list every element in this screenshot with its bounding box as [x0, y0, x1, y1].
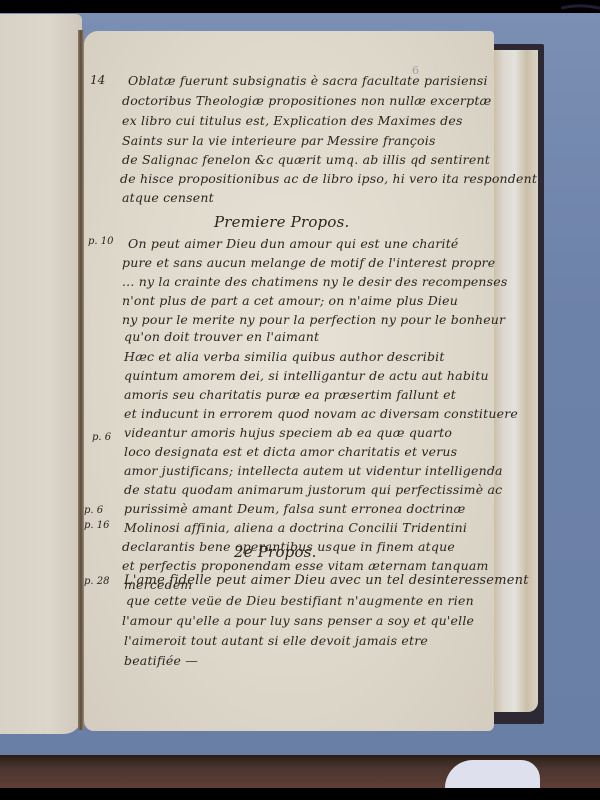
page-number: 14 — [90, 73, 105, 87]
text-line: On peut aimer Dieu dun amour qui est une… — [128, 236, 459, 251]
text-line: Oblatæ fuerunt subsignatis è sacra facul… — [128, 73, 488, 88]
text-line: que cette veüe de Dieu bestifiant n'augm… — [126, 593, 474, 608]
text-line: Saints sur la vie interieure par Messire… — [122, 133, 436, 148]
text-line: atque censent — [122, 190, 214, 205]
white-cloth — [445, 760, 540, 788]
text-line: l'amour qu'elle a pour luy sans penser a… — [122, 613, 474, 628]
photo-border-top — [0, 0, 600, 13]
text-line: ... ny la crainte des chatimens ny le de… — [122, 274, 508, 289]
text-line: L'ame fidelle peut aimer Dieu avec un te… — [124, 573, 529, 588]
text-line: n'ont plus de part a cet amour; on n'aim… — [122, 293, 458, 308]
text-line: beatifiée — — [124, 653, 198, 668]
text-line: ex libro cui titulus est, Explication de… — [122, 113, 463, 128]
margin-reference: p. 28 — [84, 576, 109, 587]
text-line: Molinosi affinia, aliena a doctrina Conc… — [124, 520, 467, 535]
text-line: qu'on doit trouver en l'aimant — [124, 329, 319, 344]
margin-reference: p. 10 — [88, 236, 113, 247]
margin-reference: p. 16 — [84, 520, 109, 531]
text-line: Hæc et alia verba similia quibus author … — [124, 349, 445, 364]
photo-border-bottom — [0, 788, 600, 800]
text-line: de Salignac fenelon &c quærit umq. ab il… — [122, 152, 490, 167]
text-line: amor justificans; intellecta autem ut vi… — [124, 463, 503, 478]
text-line: pure et sans aucun melange de motif de l… — [122, 255, 495, 270]
text-line: l'aimeroit tout autant si elle devoit ja… — [124, 633, 428, 648]
section-heading: 2e Propos. — [234, 543, 317, 561]
section-heading: Premiere Propos. — [214, 213, 349, 231]
text-line: doctoribus Theologiæ propositiones non n… — [122, 93, 492, 108]
text-line: de statu quodam animarum justorum qui pe… — [124, 482, 502, 497]
text-line: quintum amorem dei, si intelligantur de … — [124, 368, 489, 383]
text-line: ny pour le merite ny pour la perfection … — [122, 312, 505, 327]
text-line: amoris seu charitatis puræ ea præsertim … — [124, 387, 456, 402]
text-line: de hisce propositionibus ac de libro ips… — [120, 171, 537, 186]
manuscript-page: 14 6 Oblatæ fuerunt subsignatis è sacra … — [84, 31, 494, 731]
text-line: purissimè amant Deum, falsa sunt erronea… — [124, 501, 465, 516]
left-facing-page — [0, 14, 82, 734]
text-line: loco designata est et dicta amor charita… — [124, 444, 457, 459]
margin-reference: p. 6 — [84, 505, 103, 516]
text-line: videantur amoris hujus speciem ab ea quæ… — [124, 425, 452, 440]
margin-reference: p. 6 — [92, 432, 111, 443]
text-line: et inducunt in errorem quod novam ac div… — [124, 406, 518, 421]
